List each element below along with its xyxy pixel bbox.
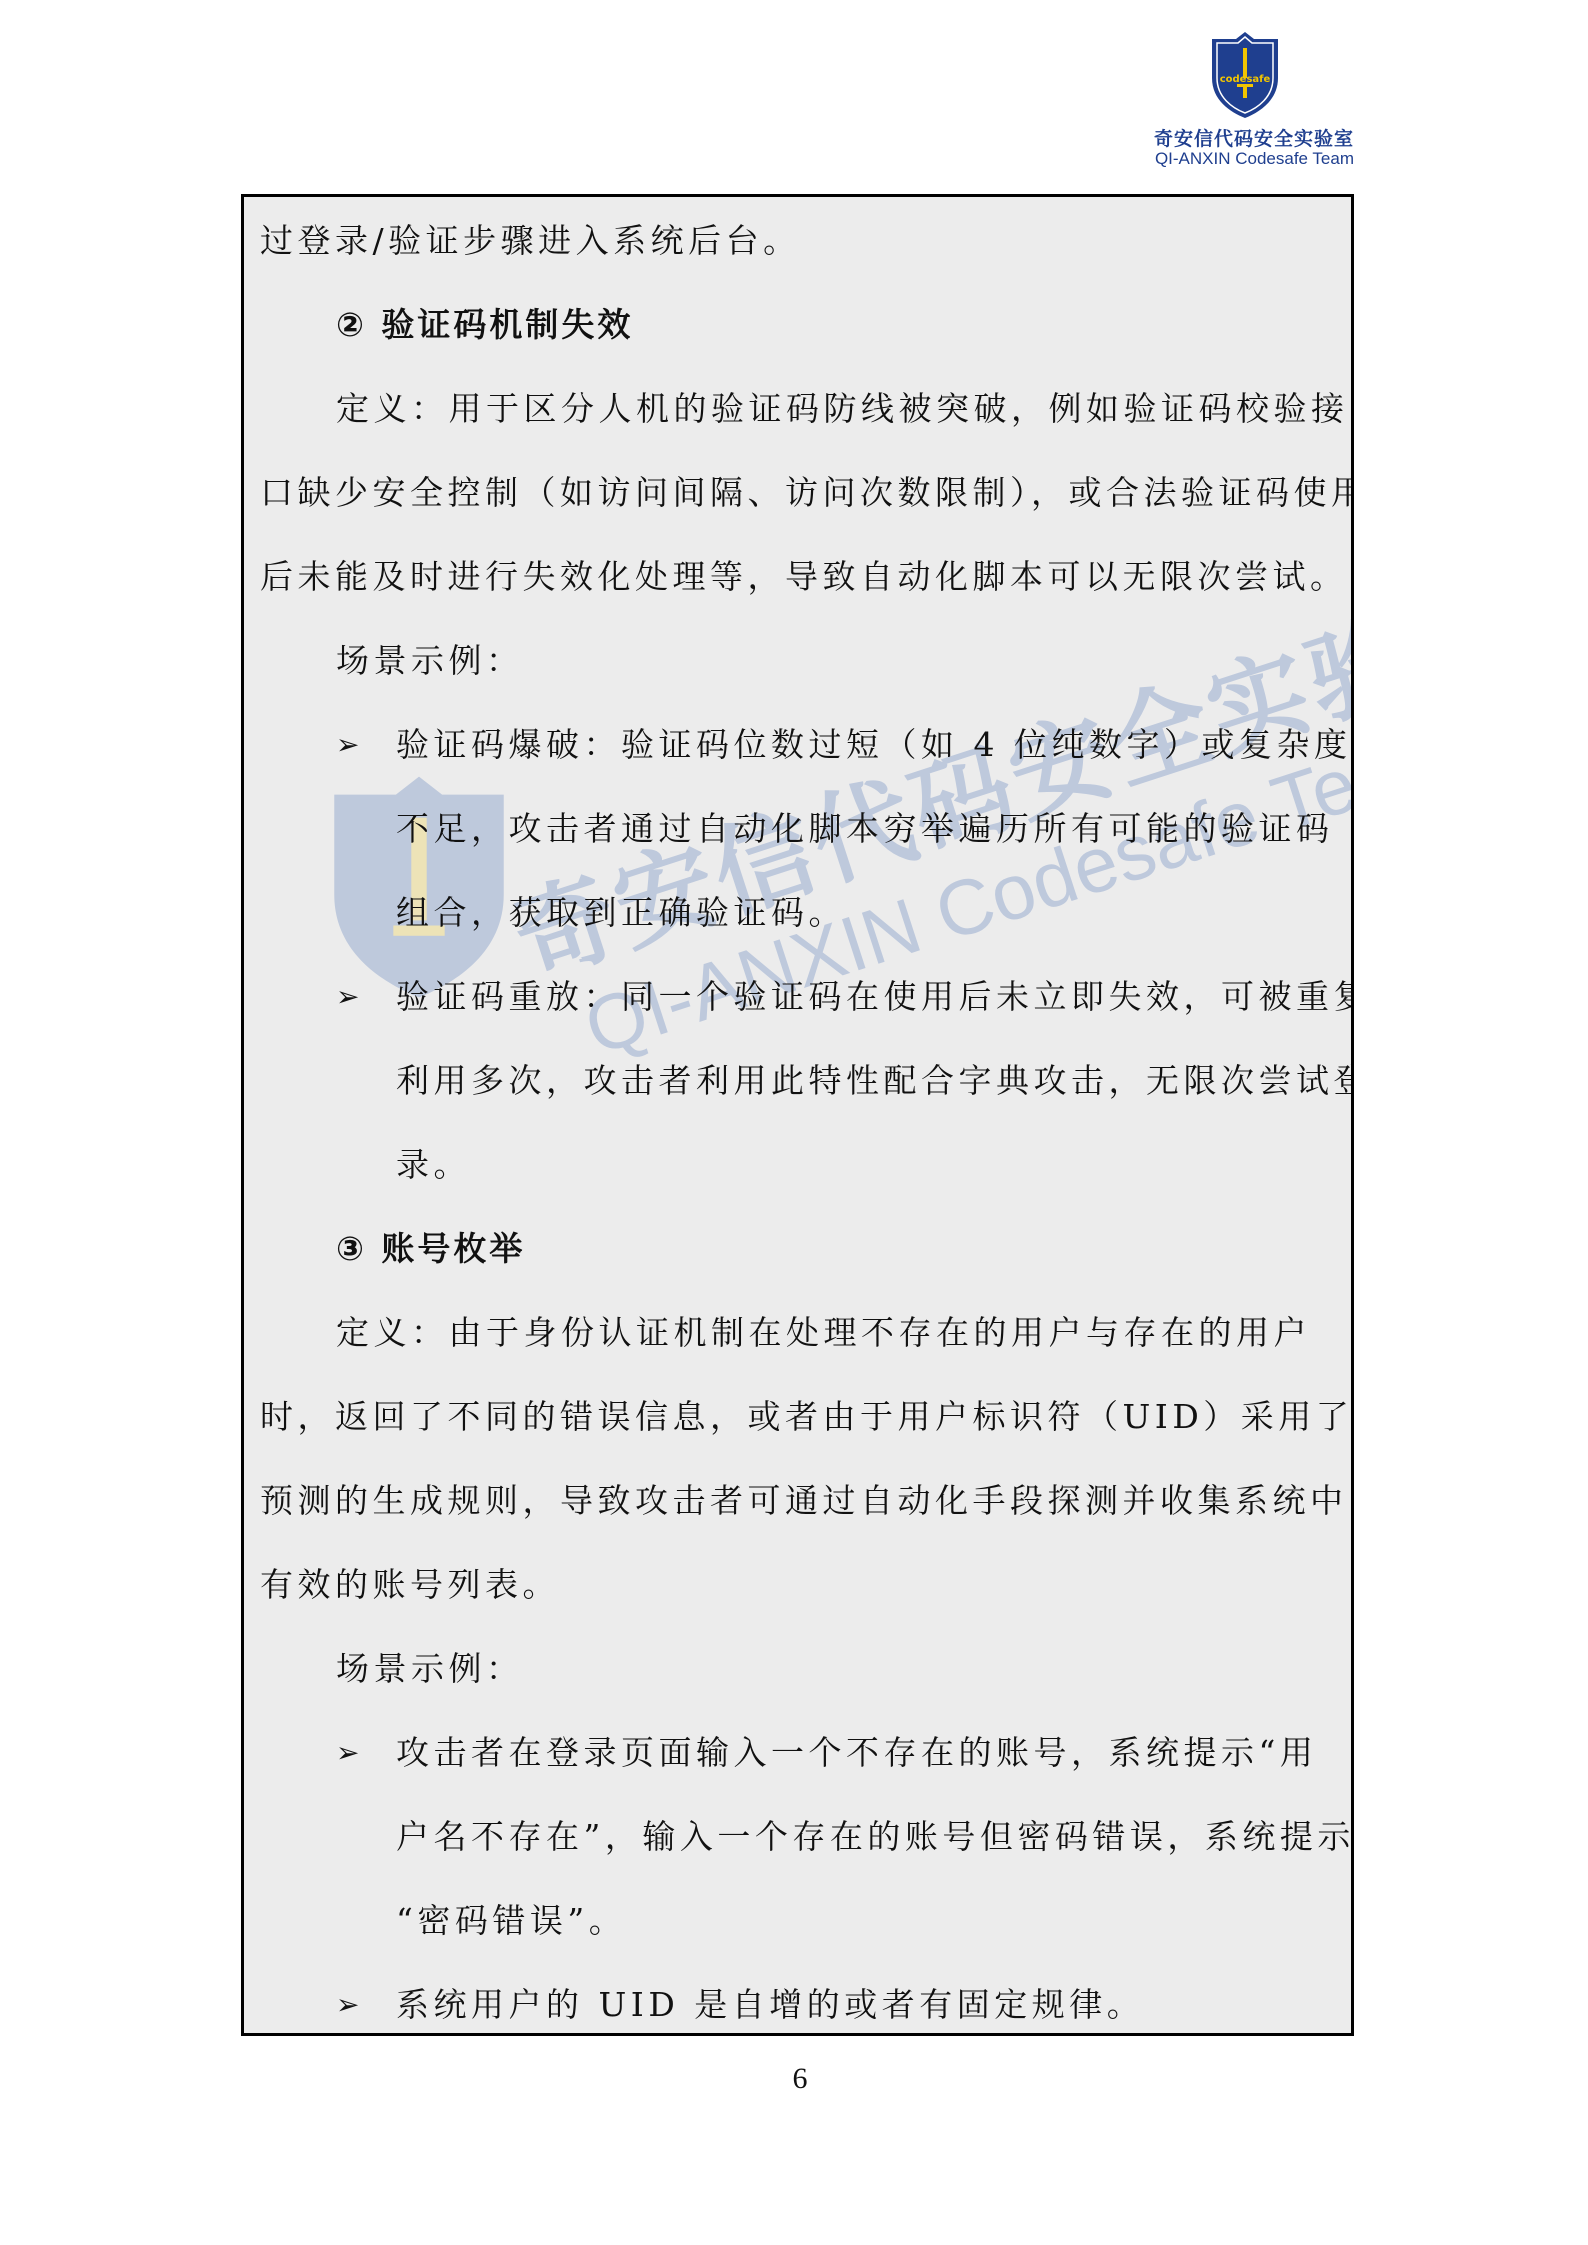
bullet-arrow-icon: ➢ — [336, 1985, 359, 2025]
bullet-item-uid: 系统用户的 UID 是自增的或者有固定规律。 — [396, 1985, 1144, 2025]
codesafe-shield-icon: codesafe — [1208, 30, 1282, 120]
org-name-cn: 奇安信代码安全实验室 — [1130, 124, 1360, 151]
paragraph-line: 过登录/验证步骤进入系统后台。 — [260, 221, 801, 261]
watermark-shield-icon — [324, 767, 514, 1007]
bullet-arrow-icon: ➢ — [336, 725, 359, 765]
header-logo: codesafe 奇安信代码安全实验室 QI-ANXIN Codesafe Te… — [1130, 30, 1360, 169]
bullet-continuation: “密码错误”。 — [396, 1901, 626, 1941]
bullet-continuation: 组合，获取到正确验证码。 — [396, 893, 846, 933]
svg-text:codesafe: codesafe — [1220, 74, 1271, 85]
scenario-label: 场景示例： — [336, 1649, 524, 1689]
bullet-continuation: 不足，攻击者通过自动化脚本穷举遍历所有可能的验证码 — [396, 809, 1334, 849]
bullet-item-captcha-bruteforce: 验证码爆破：验证码位数过短（如 4 位纯数字）或复杂度 — [396, 725, 1351, 765]
bullet-item-captcha-replay: 验证码重放：同一个验证码在使用后未立即失效，可被重复 — [396, 977, 1354, 1017]
section-heading-captcha: ② 验证码机制失效 — [336, 305, 633, 345]
definition-line: 定义：由于身份认证机制在处理不存在的用户与存在的用户 — [336, 1313, 1311, 1353]
paragraph-line: 时，返回了不同的错误信息，或者由于用户标识符（UID）采用了可 — [260, 1397, 1354, 1437]
content-box: 奇安信代码安全实验室 QI-ANXIN Codesafe Team 过登录/验证… — [241, 194, 1354, 2036]
scenario-label: 场景示例： — [336, 641, 524, 681]
paragraph-line: 有效的账号列表。 — [260, 1565, 560, 1605]
bullet-item-error-message: 攻击者在登录页面输入一个不存在的账号，系统提示“用 — [396, 1733, 1317, 1773]
paragraph-line: 预测的生成规则，导致攻击者可通过自动化手段探测并收集系统中 — [260, 1481, 1348, 1521]
bullet-continuation: 录。 — [396, 1145, 471, 1185]
bullet-arrow-icon: ➢ — [336, 977, 359, 1017]
bullet-continuation: 户名不存在”，输入一个存在的账号但密码错误，系统提示 — [396, 1817, 1354, 1857]
paragraph-line: 后未能及时进行失效化处理等，导致自动化脚本可以无限次尝试。 — [260, 557, 1348, 597]
section-heading-account-enum: ③ 账号枚举 — [336, 1229, 525, 1269]
bullet-arrow-icon: ➢ — [336, 1733, 359, 1773]
page-number: 6 — [780, 2062, 820, 2096]
bullet-continuation: 利用多次，攻击者利用此特性配合字典攻击，无限次尝试登 — [396, 1061, 1354, 1101]
definition-line: 定义：用于区分人机的验证码防线被突破，例如验证码校验接 — [336, 389, 1349, 429]
org-name-en: QI-ANXIN Codesafe Team — [1130, 149, 1360, 169]
paragraph-line: 口缺少安全控制（如访问间隔、访问次数限制），或合法验证码使用 — [260, 473, 1354, 513]
watermark-text-cn: 奇安信代码安全实验室 — [494, 546, 1354, 1004]
